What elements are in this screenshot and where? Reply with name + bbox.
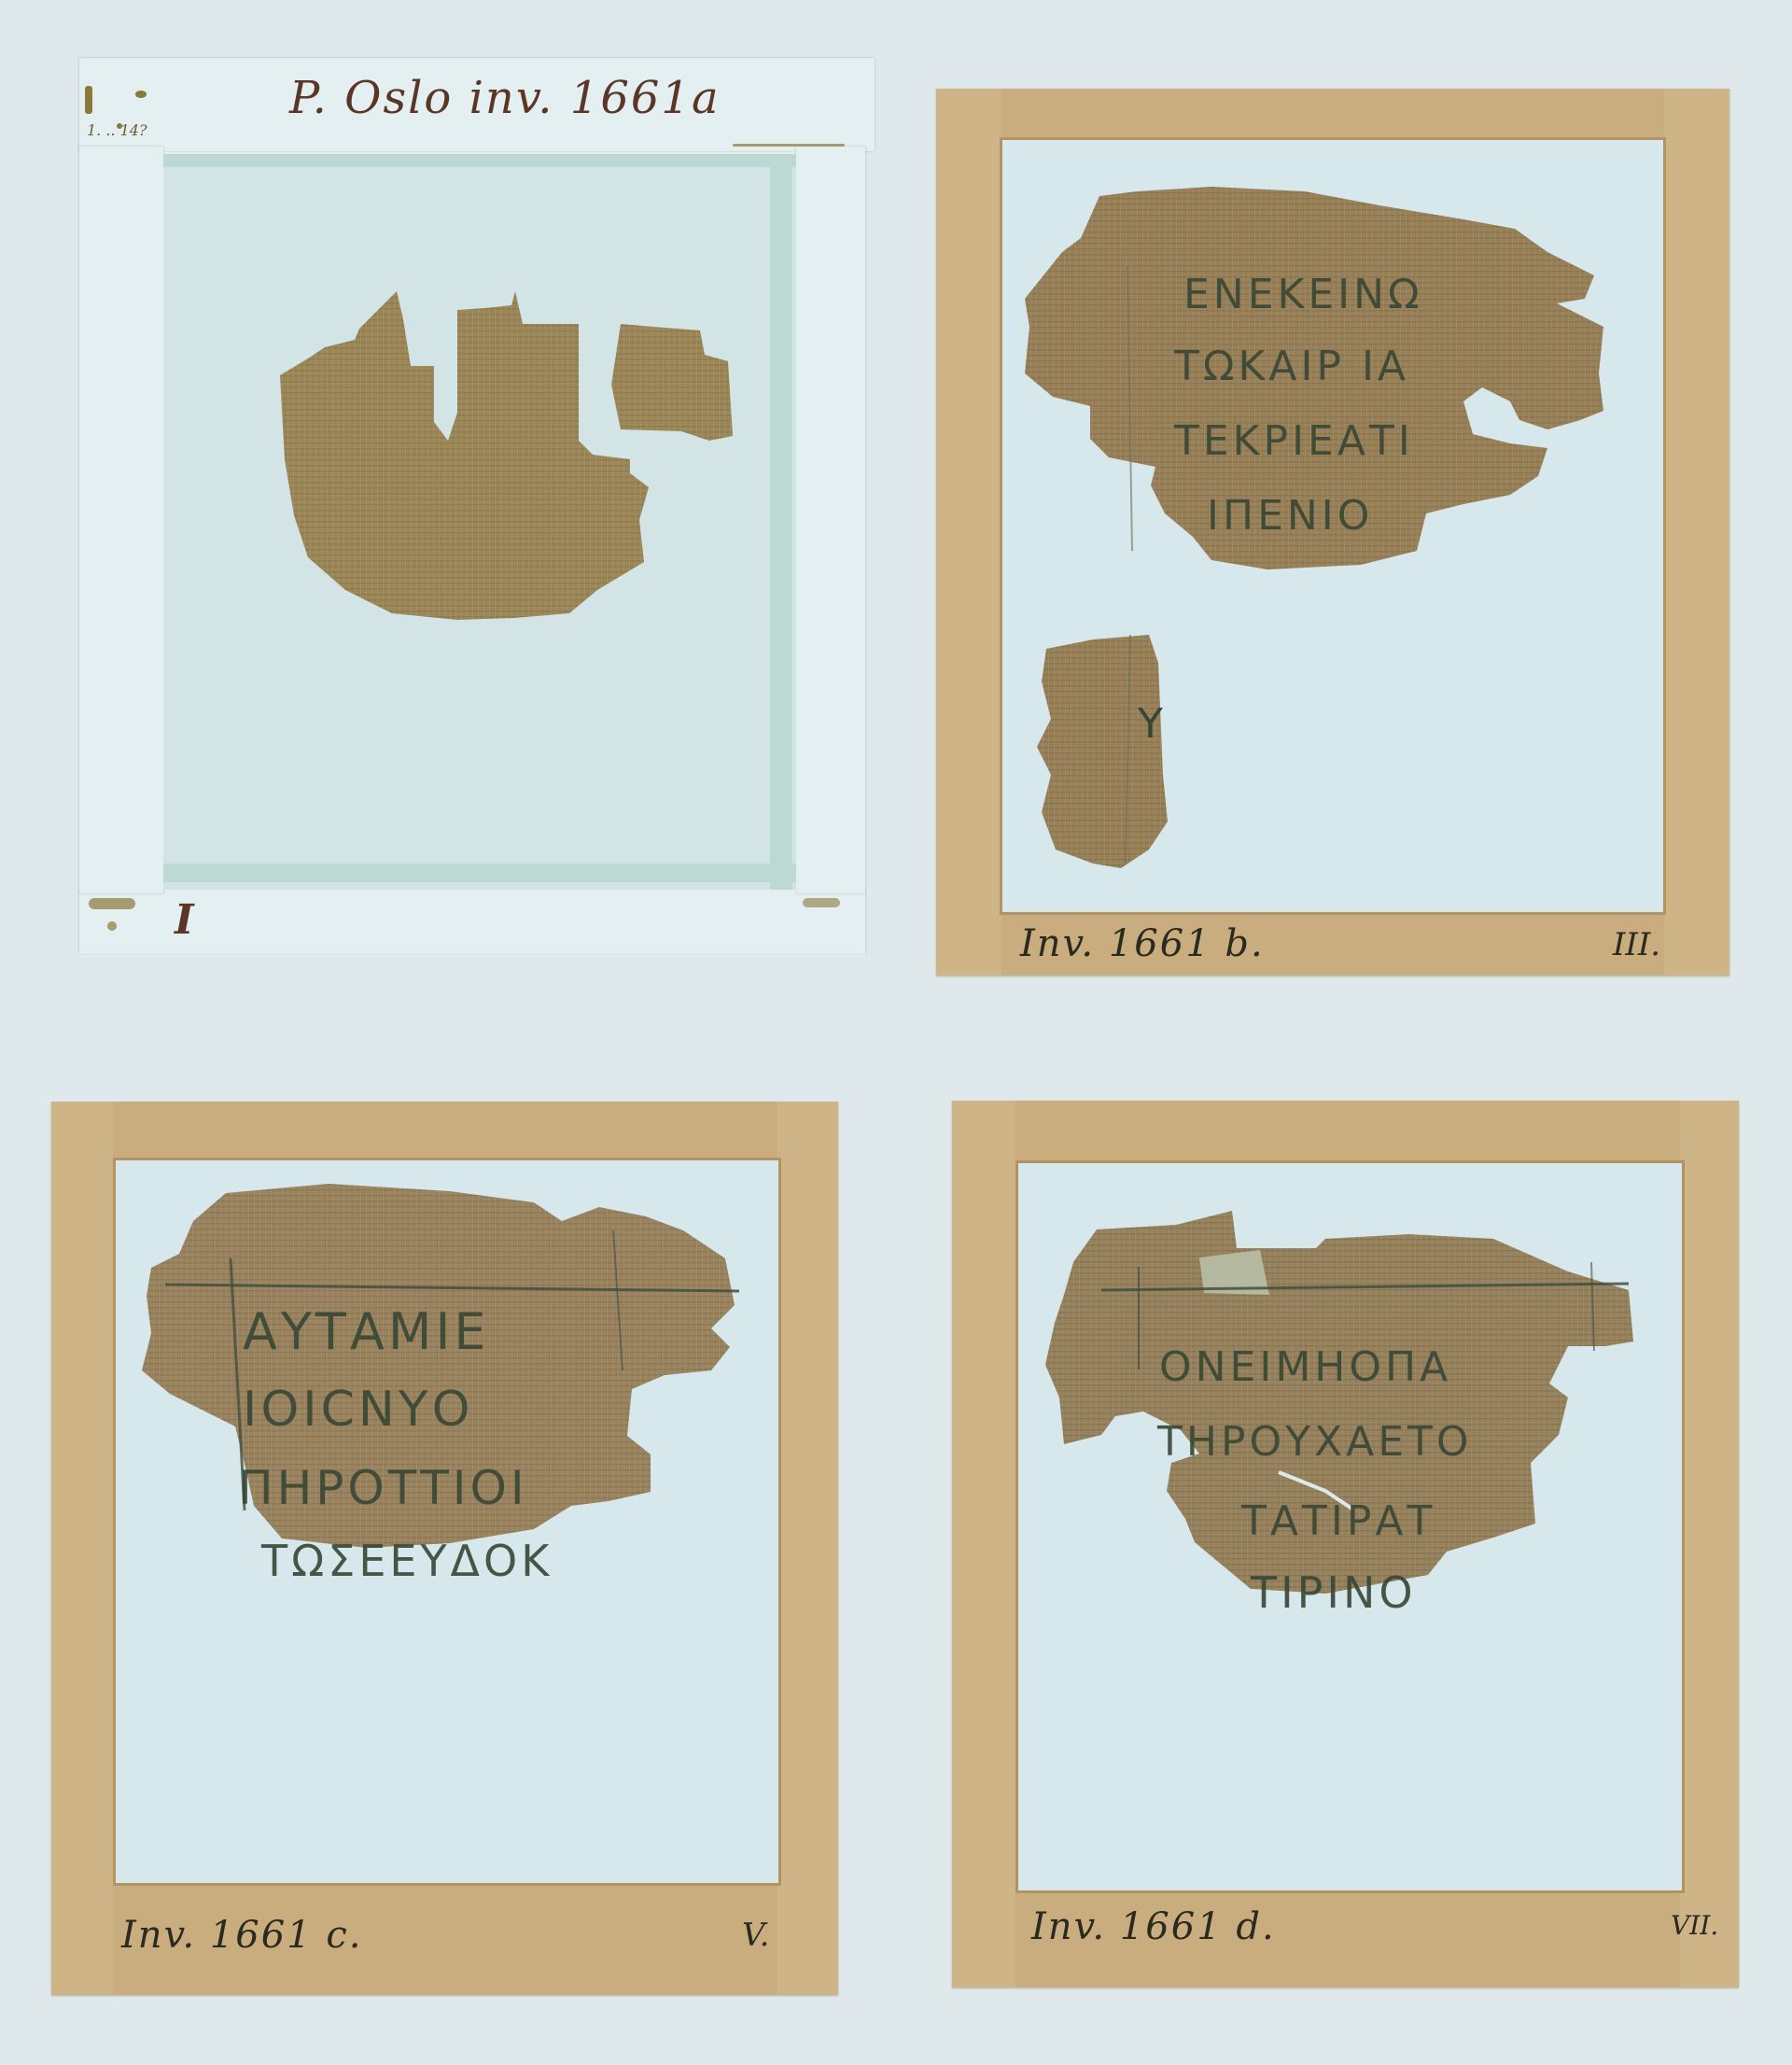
slide-1: P. Oslo inv. 1661a 1. .. 14? I [79, 58, 865, 957]
slide-1-header-label: P. Oslo inv. 1661a [289, 72, 721, 124]
slide-3-text-line-2: ΙΟΙCΝΥΟ [243, 1382, 474, 1438]
slide-3-numeral: V. [742, 1917, 769, 1954]
slide-2-footer-label: Inv. 1661 b. [1020, 922, 1265, 965]
slide-2-numeral: III. [1613, 926, 1660, 963]
slide-4-numeral: VII. [1671, 1910, 1718, 1941]
slide-2-papyrus-fragment-b: Υ [1037, 635, 1177, 873]
slide-3-text-line-1: ΑΥΤΑΜΙΕ [243, 1302, 490, 1361]
slide-3-footer-label: Inv. 1661 c. [121, 1914, 362, 1957]
slide-1-papyrus-fragment [271, 291, 756, 646]
slide-2-text-line-4: ΙΠΕΝΙΟ [1207, 492, 1373, 540]
slide-1-left-tape [79, 147, 163, 893]
slide-2-text-line-3: ΤΕΚΡΙΕΑΤΙ [1174, 417, 1414, 465]
slide-1-corner-notes: 1. .. 14? [87, 121, 147, 139]
slide-4-footer-label: Inv. 1661 d. [1031, 1905, 1276, 1948]
slide-2: Υ ΕΝΕΚΕΙΝΩ ΤΩΚΑΙΡ ΙΑ ΤΕΚΡΙΕΑΤΙ ΙΠΕΝΙΟ In… [936, 89, 1729, 976]
slide-4-text-line-2: ΤΗΡΟΥΧΑΕΤΟ [1157, 1418, 1473, 1466]
slide-3-text-line-4: ΤΩΣΕΕΥΔΟΚ [261, 1536, 553, 1586]
slide-3-text-line-3: ΠΗΡΟΤΤΙΟΙ [238, 1461, 528, 1515]
slide-4-papyrus-fragment [1045, 1211, 1652, 1622]
slide-2-fragment-b-text: Υ [1137, 700, 1163, 748]
slide-4: ΟΝΕΙΜΗΟΠΑ ΤΗΡΟΥΧΑΕΤΟ ΤΑΤΙΡΑΤ ΤΙΡΙΝΟ Inv.… [952, 1101, 1739, 1988]
slide-2-text-line-1: ΕΝΕΚΕΙΝΩ [1183, 271, 1423, 318]
slide-4-text-line-1: ΟΝΕΙΜΗΟΠΑ [1159, 1343, 1451, 1391]
slide-4-text-line-3: ΤΑΤΙΡΑΤ [1241, 1497, 1435, 1545]
slide-1-numeral: I [175, 896, 194, 944]
slide-2-text-line-2: ΤΩΚΑΙΡ ΙΑ [1174, 343, 1409, 390]
slide-3: ΑΥΤΑΜΙΕ ΙΟΙCΝΥΟ ΠΗΡΟΤΤΙΟΙ ΤΩΣΕΕΥΔΟΚ Inv.… [51, 1102, 838, 1995]
slide-4-text-line-4: ΤΙΡΙΝΟ [1251, 1567, 1417, 1618]
slide-1-bottom-tape [79, 889, 865, 954]
slide-1-right-tape [796, 147, 865, 893]
